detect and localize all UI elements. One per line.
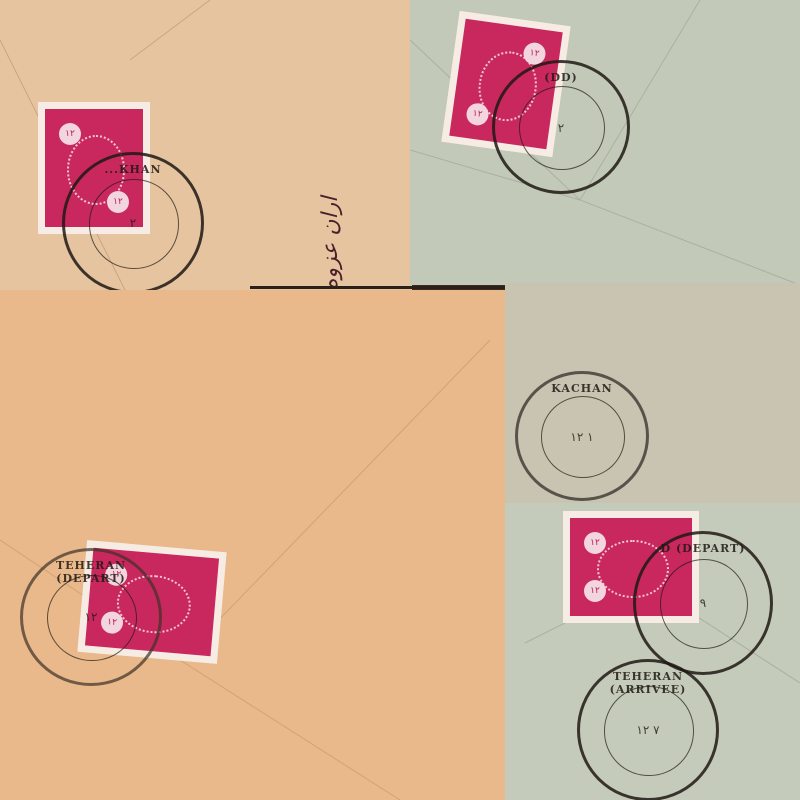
envelope-top-left: ۱۲ ۱۲ ...KHAN ۲ ﺍﺭﺍﻥ ﻋﺰﻭﻩ <box>0 0 412 300</box>
envelope-bottom-left: ۱۲ ۱۲ TEHERAN (DEPART) ۱۲ <box>0 290 520 800</box>
handwriting: ﺍﺭﺍﻥ ﻋﺰﻭﻩ <box>318 10 388 290</box>
postmark: D (DEPART) ۹ <box>633 531 773 675</box>
postmark: (DD) ۲ <box>492 60 630 194</box>
postmark: ...KHAN ۲ <box>62 152 204 294</box>
envelope-flap-lines <box>0 290 520 800</box>
postmark: TEHERAN (DEPART) ۱۲ <box>20 548 162 686</box>
envelope-top-right: ۱۲ ۱۲ (DD) ۲ <box>410 0 800 285</box>
postmark: KACHAN ۱۲ ۱ <box>515 371 649 501</box>
envelope-bottom-right: KACHAN ۱۲ ۱ ۱۲ ۱۲ D (DEPART) ۹ TEHERAN (… <box>505 283 800 800</box>
postmark: TEHERAN (ARRIVEE) ۱۲ ۷ <box>577 659 719 800</box>
